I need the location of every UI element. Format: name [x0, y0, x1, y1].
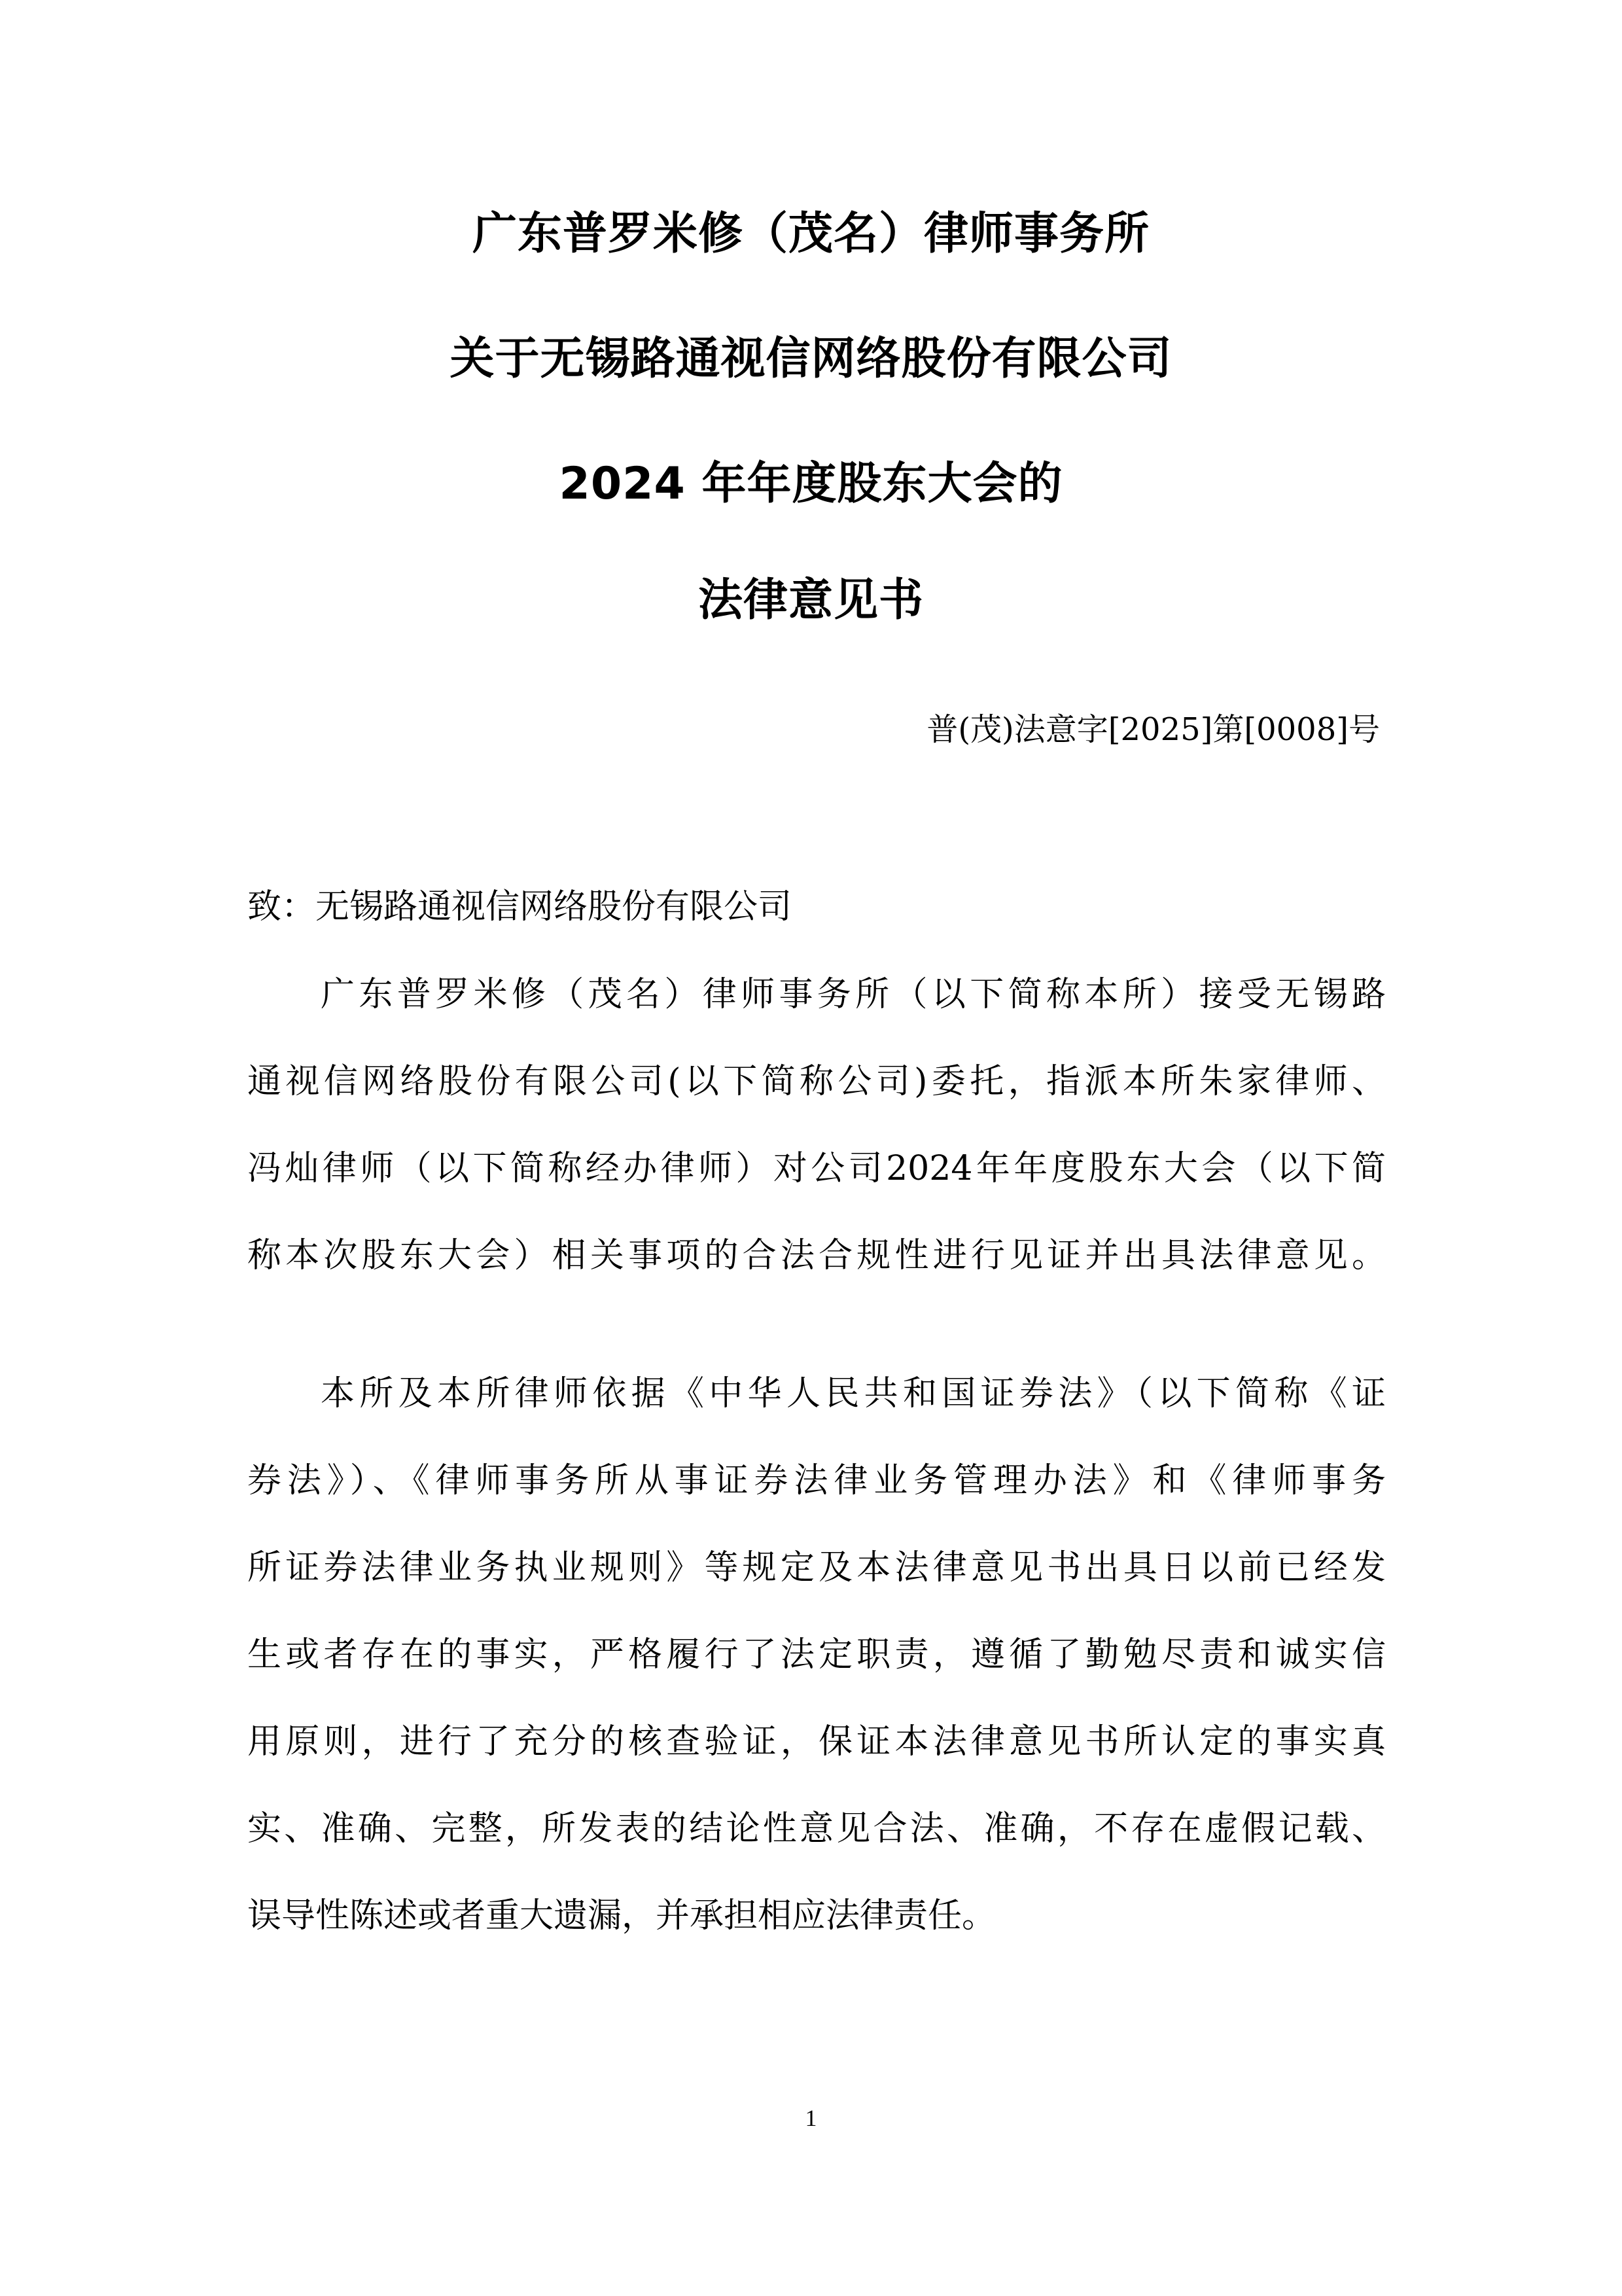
paragraph-2-line-3: 所证券法律业务执业规则》等规定及本法律意见书出具日以前已经发 — [247, 1547, 1386, 1589]
title-meeting: 2024 年年度股东大会的 — [0, 458, 1622, 510]
page-number: 1 — [0, 2104, 1622, 2132]
title-law-firm: 广东普罗米修（茂名）律师事务所 — [0, 208, 1622, 260]
paragraph-1-line-2: 通视信网络股份有限公司(以下简称公司)委托，指派本所朱家律师、 — [247, 1061, 1386, 1103]
title-legal-opinion: 法律意见书 — [0, 574, 1622, 627]
paragraph-2-line-6: 实、准确、完整，所发表的结论性意见合法、准确，不存在虚假记载、 — [247, 1808, 1386, 1850]
paragraph-2-line-1: 本所及本所律师依据《中华人民共和国证券法》（以下简称《证 — [321, 1373, 1386, 1415]
paragraph-2-line-7: 误导性陈述或者重大遗漏，并承担相应法律责任。 — [247, 1895, 1386, 1937]
document-page: 广东普罗米修（茂名）律师事务所 关于无锡路通视信网络股份有限公司 2024 年年… — [0, 0, 1622, 2296]
title-company: 关于无锡路通视信网络股份有限公司 — [0, 333, 1622, 385]
paragraph-1-line-1: 广东普罗米修（茂名）律师事务所（以下简称本所）接受无锡路 — [321, 974, 1386, 1016]
addressee: 致：无锡路通视信网络股份有限公司 — [247, 886, 1386, 928]
paragraph-2-line-4: 生或者存在的事实，严格履行了法定职责，遵循了勤勉尽责和诚实信 — [247, 1634, 1386, 1676]
paragraph-1-line-3: 冯灿律师（以下简称经办律师）对公司2024年年度股东大会（以下简 — [247, 1148, 1386, 1190]
paragraph-2-line-2: 券法》）、《律师事务所从事证券法律业务管理办法》和《律师事务 — [247, 1460, 1386, 1502]
paragraph-1-line-4: 称本次股东大会）相关事项的合法合规性进行见证并出具法律意见。 — [247, 1235, 1386, 1277]
paragraph-2-line-5: 用原则，进行了充分的核查验证，保证本法律意见书所认定的事实真 — [247, 1721, 1386, 1763]
document-number: 普(茂)法意字[2025]第[0008]号 — [926, 710, 1380, 749]
